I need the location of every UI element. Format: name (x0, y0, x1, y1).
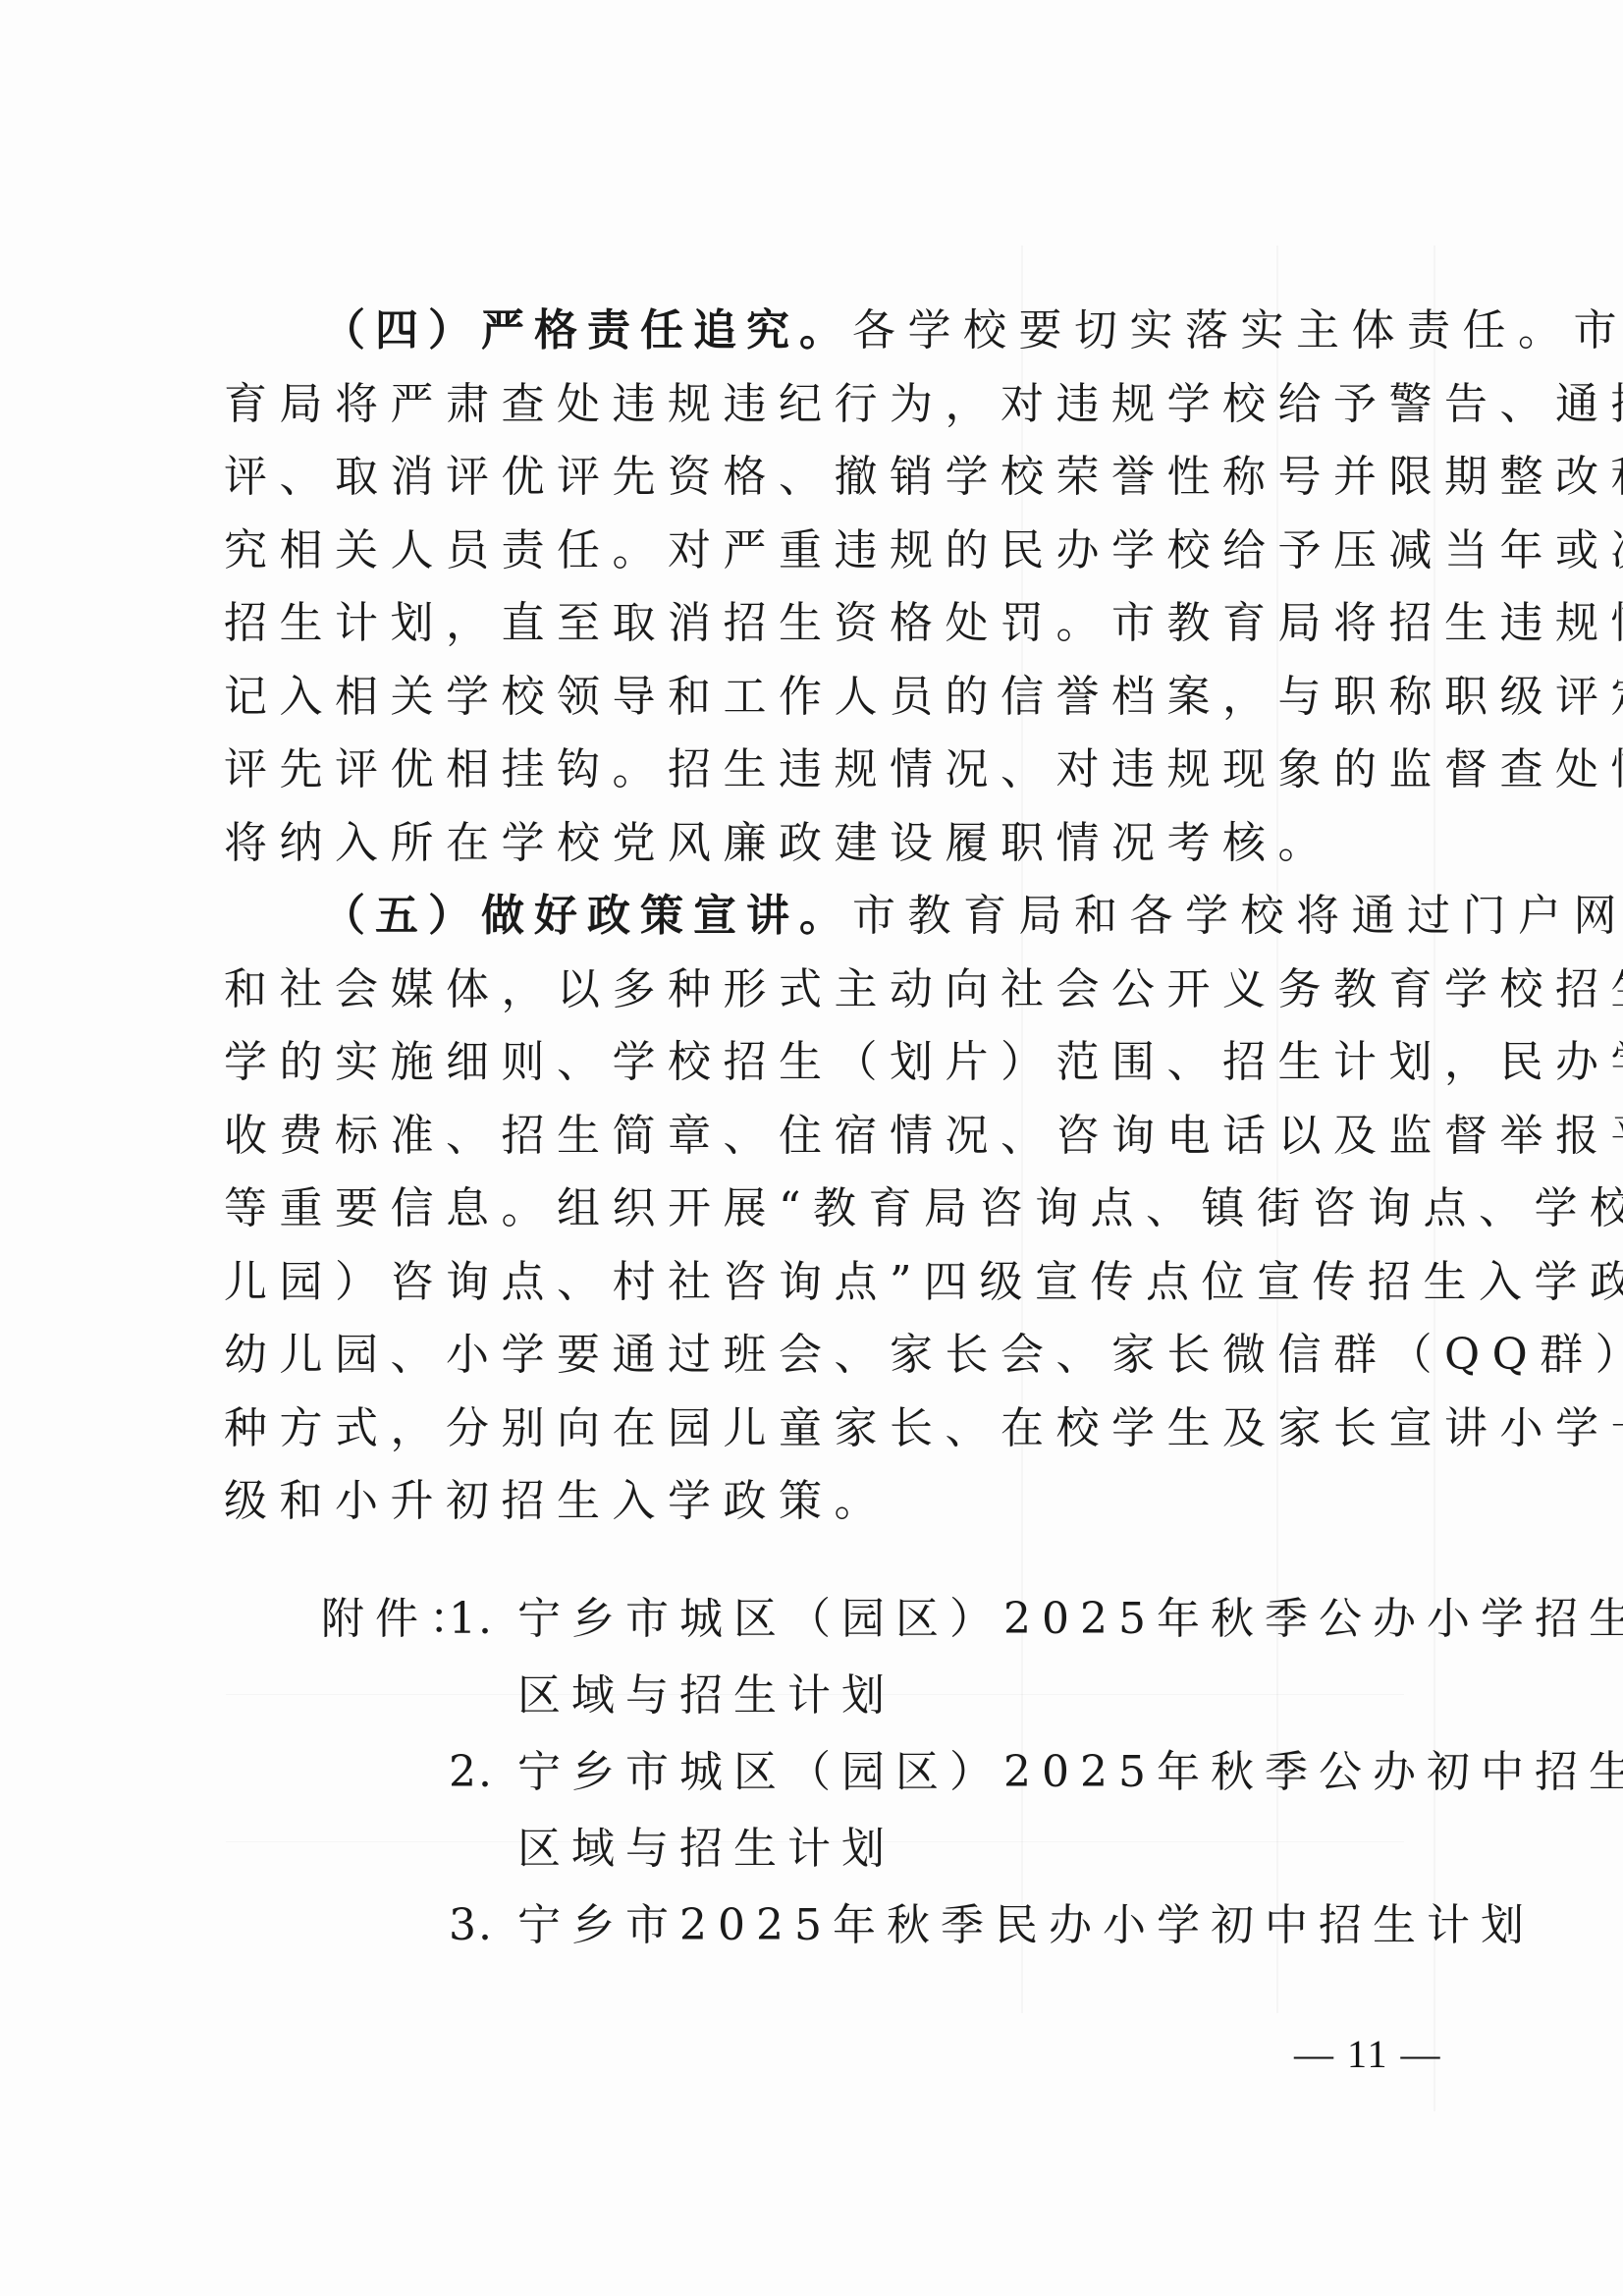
paragraph-line: 各学校要切实落实主体责任。市教 (852, 305, 1623, 355)
attachment-number: 2. (449, 1734, 494, 1811)
page-number: — 11 — (1294, 2031, 1442, 2077)
paragraph-line: 幼儿园、小学要通过班会、家长会、家长微信群（QQ群）等多 (224, 1319, 1402, 1393)
paragraph-line: 究相关人员责任。对严重违规的民办学校给予压减当年或次年 (224, 515, 1402, 588)
attachment-item-1-cont: 区域与招生计划 (321, 1658, 1421, 1734)
document-page: （四）严格责任追究。各学校要切实落实主体责任。市教 育局将严肃查处违规违纪行为，… (0, 0, 1623, 2296)
paragraph-line: 种方式，分别向在园儿童家长、在校学生及家长宣讲小学一年 (224, 1393, 1402, 1466)
attachment-item-2-cont: 区域与招生计划 (321, 1811, 1421, 1887)
section4-first-line: （四）严格责任追究。各学校要切实落实主体责任。市教 (224, 295, 1402, 368)
paragraph-line: 育局将严肃查处违规违纪行为，对违规学校给予警告、通报批 (224, 368, 1402, 442)
attachment-title-cont: 区域与招生计划 (517, 1658, 895, 1734)
attachment-title: 宁乡市城区（园区）2025年秋季公办初中招生 (517, 1734, 1623, 1811)
paragraph-line: 和社会媒体，以多种形式主动向社会公开义务教育学校招生入 (224, 954, 1402, 1027)
attachment-title: 宁乡市城区（园区）2025年秋季公办小学招生 (517, 1581, 1623, 1658)
paragraph-line: 市教育局和各学校将通过门户网站 (852, 891, 1623, 941)
paragraph-line: 儿园）咨询点、村社咨询点”四级宣传点位宣传招生入学政策。 (224, 1246, 1402, 1320)
paragraph-line: 收费标准、招生简章、住宿情况、咨询电话以及监督举报平台 (224, 1100, 1402, 1174)
paragraph-line: 学的实施细则、学校招生（划片）范围、招生计划，民办学校 (224, 1026, 1402, 1100)
attachment-title: 宁乡市2025年秋季民办小学初中招生计划 (517, 1887, 1535, 1964)
body-text: （四）严格责任追究。各学校要切实落实主体责任。市教 育局将严肃查处违规违纪行为，… (224, 295, 1402, 1539)
paragraph-line: 评先评优相挂钩。招生违规情况、对违规现象的监督查处情况 (224, 734, 1402, 807)
attachment-title-cont: 区域与招生计划 (517, 1811, 895, 1887)
section4-heading: （四）严格责任追究。 (322, 305, 852, 355)
attachments-list: 附件： 1. 宁乡市城区（园区）2025年秋季公办小学招生 区域与招生计划 2.… (321, 1581, 1421, 1964)
attachment-number: 1. (449, 1581, 494, 1658)
paragraph-line: 记入相关学校领导和工作人员的信誉档案，与职称职级评定、 (224, 661, 1402, 735)
attachment-number: 3. (449, 1887, 494, 1964)
section5-heading: （五）做好政策宣讲。 (322, 891, 852, 941)
attachment-item-3: 3. 宁乡市2025年秋季民办小学初中招生计划 (321, 1887, 1421, 1964)
attachment-item-1: 附件： 1. 宁乡市城区（园区）2025年秋季公办小学招生 (321, 1581, 1421, 1658)
paragraph-line: 将纳入所在学校党风廉政建设履职情况考核。 (224, 807, 1402, 881)
attachment-item-2: 2. 宁乡市城区（园区）2025年秋季公办初中招生 (321, 1734, 1421, 1811)
paragraph-line: 评、取消评优评先资格、撤销学校荣誉性称号并限期整改和追 (224, 441, 1402, 515)
paragraph-line: 级和小升初招生入学政策。 (224, 1465, 1402, 1539)
paragraph-line: 等重要信息。组织开展“教育局咨询点、镇街咨询点、学校（幼 (224, 1173, 1402, 1246)
section5-first-line: （五）做好政策宣讲。市教育局和各学校将通过门户网站 (224, 880, 1402, 954)
paragraph-line: 招生计划，直至取消招生资格处罚。市教育局将招生违规情况 (224, 587, 1402, 661)
